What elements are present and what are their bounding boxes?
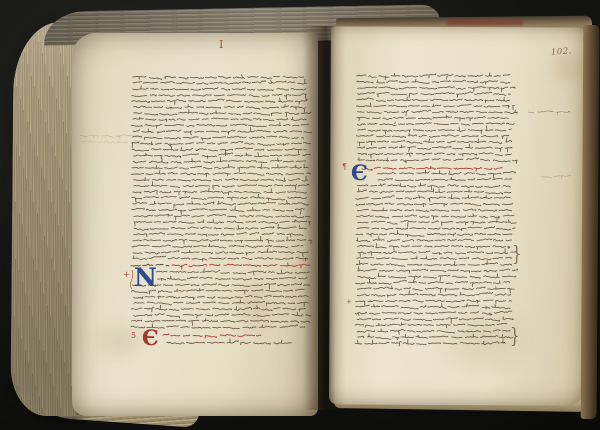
initial-e-red: Є: [142, 327, 159, 348]
parchment-stain: [228, 270, 280, 340]
initial-e-blue: Є: [351, 162, 368, 183]
edge-decoration-streak: [447, 19, 523, 25]
margin-mark-cross: +: [123, 271, 130, 279]
book-cover-right-edge: [581, 25, 600, 419]
manuscript-photo: I 102. N Є Є + 5 ¶ + } }: [0, 0, 600, 430]
parchment-stain: [90, 318, 150, 364]
binding-gutter-shadow: [303, 26, 345, 410]
paragraph-mark: ¶: [342, 163, 347, 171]
heading-numeral: I: [219, 39, 223, 50]
margin-brace-mark: }: [512, 244, 522, 264]
parchment-stain: [430, 300, 540, 380]
margin-brace-mark: }: [510, 326, 520, 346]
page-stack-fore-edge: [10, 22, 79, 417]
margin-number-5: 5: [131, 332, 136, 340]
initial-n-blue: N: [134, 265, 157, 290]
folio-number: 102.: [551, 46, 573, 57]
margin-plus-mark: +: [346, 299, 352, 306]
